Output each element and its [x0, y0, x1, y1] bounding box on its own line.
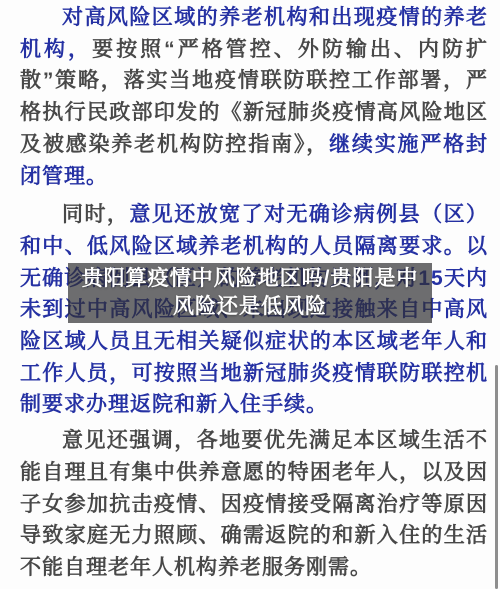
- paragraph-1: 对高风险区域的养老机构和出现疫情的养老机构，要按照“严格管控、外防输出、内防扩散…: [20, 2, 488, 192]
- paragraph-3: 意见还强调，各地要优先满足本区域生活不能自理且有集中供养意愿的特困老年人，以及因…: [20, 425, 488, 584]
- watermark-line-1: 贵阳算疫情中风险地区吗/贵阳是中: [82, 265, 419, 293]
- scrollbar-thumb[interactable]: [495, 365, 498, 589]
- watermark-line-2: 风险还是低风险: [173, 293, 327, 321]
- paragraph-segment: 同时，: [62, 203, 129, 226]
- article-page: 对高风险区域的养老机构和出现疫情的养老机构，要按照“严格管控、外防输出、内防扩散…: [0, 0, 500, 589]
- watermark-banner: 贵阳算疫情中风险地区吗/贵阳是中 风险还是低风险: [68, 263, 432, 323]
- paragraph-segment: 意见还强调，各地要优先满足本区域生活不能自理且有集中供养意愿的特困老年人，以及因…: [20, 429, 488, 579]
